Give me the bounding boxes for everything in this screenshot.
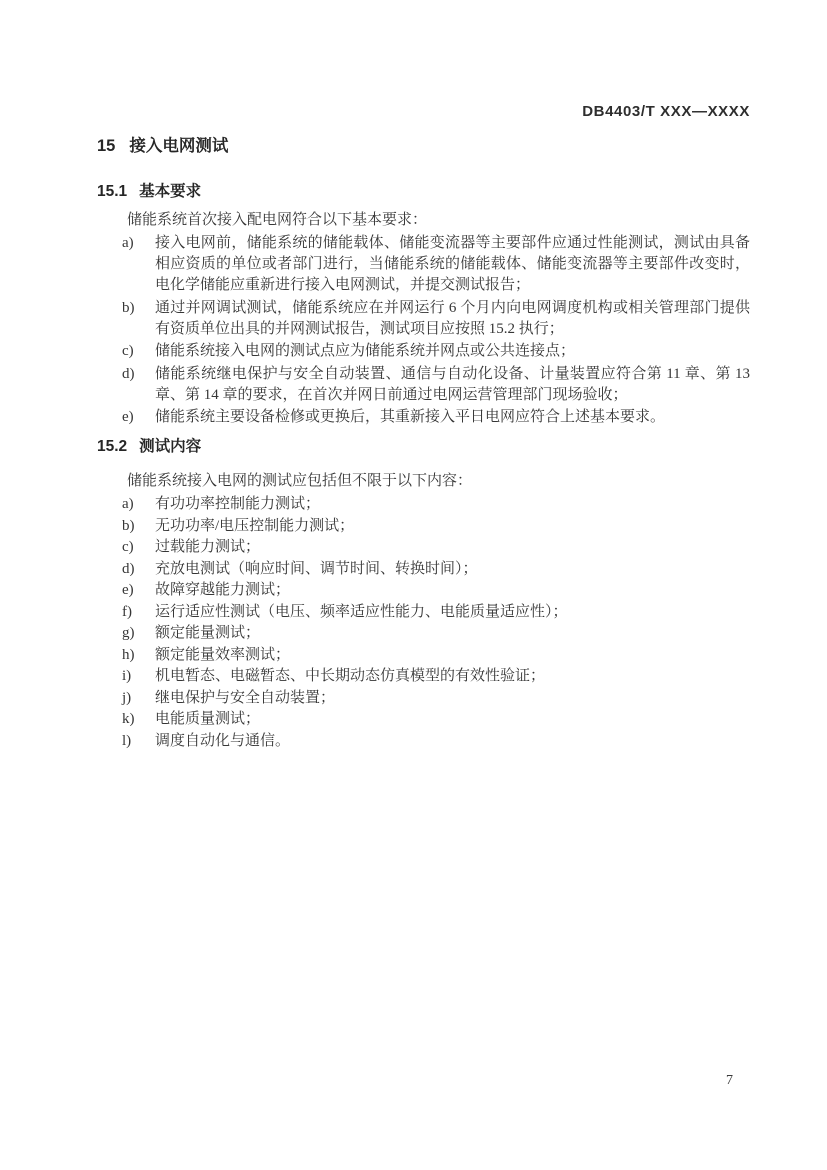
list-item: b) 通过并网调试测试，储能系统应在并网运行 6 个月内向电网调度机构或相关管理…	[122, 298, 750, 340]
subsection-15-2-intro: 储能系统接入电网的测试应包括但不限于以下内容：	[127, 471, 750, 492]
list-item-text: 故障穿越能力测试；	[155, 580, 750, 601]
list-item-marker: c)	[122, 341, 155, 362]
list-item-text: 额定能量效率测试；	[155, 645, 750, 666]
subsection-number: 15.2	[97, 436, 127, 457]
list-item: d) 充放电测试（响应时间、调节时间、转换时间）；	[122, 559, 750, 580]
test-content-list: a) 有功功率控制能力测试； b) 无功功率/电压控制能力测试； c) 过载能力…	[122, 494, 750, 752]
list-item: g) 额定能量测试；	[122, 623, 750, 644]
list-item-text: 储能系统继电保护与安全自动装置、通信与自动化设备、计量装置应符合第 11 章、第…	[155, 364, 750, 406]
list-item: a) 接入电网前，储能系统的储能载体、储能变流器等主要部件应通过性能测试，测试由…	[122, 233, 750, 296]
list-item: l) 调度自动化与通信。	[122, 731, 750, 752]
list-item-text: 充放电测试（响应时间、调节时间、转换时间）；	[155, 559, 750, 580]
list-item-marker: d)	[122, 364, 155, 385]
subsection-heading-15-1: 15.1基本要求	[97, 181, 750, 202]
list-item: b) 无功功率/电压控制能力测试；	[122, 516, 750, 537]
list-item-marker: l)	[122, 731, 155, 752]
list-item: c) 过载能力测试；	[122, 537, 750, 558]
list-item-marker: i)	[122, 666, 155, 687]
list-item-marker: h)	[122, 645, 155, 666]
list-item-marker: e)	[122, 407, 155, 428]
list-item: a) 有功功率控制能力测试；	[122, 494, 750, 515]
list-item-marker: j)	[122, 688, 155, 709]
list-item-text: 无功功率/电压控制能力测试；	[155, 516, 750, 537]
list-item: d) 储能系统继电保护与安全自动装置、通信与自动化设备、计量装置应符合第 11 …	[122, 364, 750, 406]
list-item: c) 储能系统接入电网的测试点应为储能系统并网点或公共连接点；	[122, 341, 750, 362]
section-heading: 15接入电网测试	[97, 135, 750, 157]
list-item: j) 继电保护与安全自动装置；	[122, 688, 750, 709]
document-page: DB4403/T XXX—XXXX 15接入电网测试 15.1基本要求 储能系统…	[0, 0, 827, 1170]
list-item: e) 故障穿越能力测试；	[122, 580, 750, 601]
list-item-text: 储能系统主要设备检修或更换后，其重新接入平日电网应符合上述基本要求。	[155, 407, 750, 428]
list-item-marker: b)	[122, 298, 155, 319]
list-item-text: 接入电网前，储能系统的储能载体、储能变流器等主要部件应通过性能测试，测试由具备相…	[155, 233, 750, 296]
list-item: i) 机电暂态、电磁暂态、中长期动态仿真模型的有效性验证；	[122, 666, 750, 687]
list-item-marker: d)	[122, 559, 155, 580]
list-item-text: 有功功率控制能力测试；	[155, 494, 750, 515]
list-item-marker: c)	[122, 537, 155, 558]
list-item-text: 电能质量测试；	[155, 709, 750, 730]
list-item-marker: a)	[122, 494, 155, 515]
section-number: 15	[97, 135, 115, 157]
list-item: k) 电能质量测试；	[122, 709, 750, 730]
page-content: 15接入电网测试 15.1基本要求 储能系统首次接入配电网符合以下基本要求： a…	[97, 135, 750, 752]
list-item-text: 通过并网调试测试，储能系统应在并网运行 6 个月内向电网调度机构或相关管理部门提…	[155, 298, 750, 340]
list-item-marker: f)	[122, 602, 155, 623]
requirements-list: a) 接入电网前，储能系统的储能载体、储能变流器等主要部件应通过性能测试，测试由…	[122, 233, 750, 428]
list-item: e) 储能系统主要设备检修或更换后，其重新接入平日电网应符合上述基本要求。	[122, 407, 750, 428]
subsection-number: 15.1	[97, 181, 127, 202]
list-item-text: 机电暂态、电磁暂态、中长期动态仿真模型的有效性验证；	[155, 666, 750, 687]
list-item-marker: g)	[122, 623, 155, 644]
list-item-text: 继电保护与安全自动装置；	[155, 688, 750, 709]
subsection-15-1-intro: 储能系统首次接入配电网符合以下基本要求：	[127, 210, 750, 231]
list-item-marker: e)	[122, 580, 155, 601]
list-item-marker: k)	[122, 709, 155, 730]
subsection-title: 测试内容	[139, 438, 201, 455]
list-item-text: 过载能力测试；	[155, 537, 750, 558]
list-item-text: 额定能量测试；	[155, 623, 750, 644]
subsection-heading-15-2: 15.2测试内容	[97, 436, 750, 457]
page-number: 7	[726, 1073, 733, 1089]
document-code-header: DB4403/T XXX—XXXX	[582, 103, 750, 120]
section-title: 接入电网测试	[129, 137, 228, 155]
subsection-title: 基本要求	[139, 183, 201, 200]
list-item-text: 调度自动化与通信。	[155, 731, 750, 752]
list-item-text: 运行适应性测试（电压、频率适应性能力、电能质量适应性）；	[155, 602, 750, 623]
list-item-marker: b)	[122, 516, 155, 537]
list-item-text: 储能系统接入电网的测试点应为储能系统并网点或公共连接点；	[155, 341, 750, 362]
list-item: h) 额定能量效率测试；	[122, 645, 750, 666]
list-item-marker: a)	[122, 233, 155, 254]
list-item: f) 运行适应性测试（电压、频率适应性能力、电能质量适应性）；	[122, 602, 750, 623]
